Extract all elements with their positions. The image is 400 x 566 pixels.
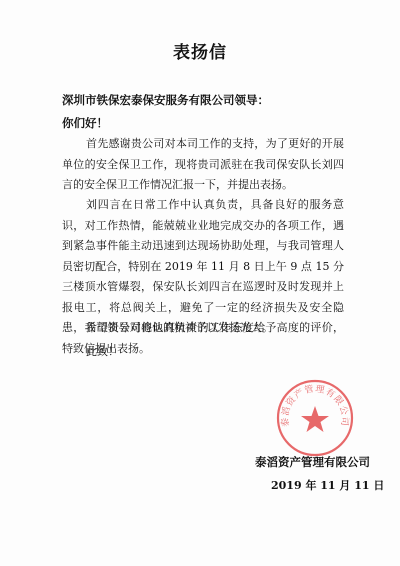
letter-greeting: 你们好！ (62, 115, 108, 131)
letter-page: 表扬信 深圳市铁保宏泰保安服务有限公司领导： 你们好！ 首先感谢贵公司对本司工作… (0, 0, 400, 566)
letter-closing: 此致！ (86, 343, 119, 359)
signature-company: 泰滔资产管理有限公司 (255, 454, 370, 470)
company-seal-icon: 泰滔资产管理有限公司 (275, 378, 355, 458)
letter-paragraph: 首先感谢贵公司对本司工作的支持，为了更好的开展单位的安全保卫工作，现将贵司派驻在… (62, 134, 344, 196)
star-icon (301, 406, 329, 432)
letter-salutation: 深圳市铁保宏泰保安服务有限公司领导： (62, 92, 269, 108)
letter-paragraph: 希望贵公司将他的精神予以发扬光大。 (62, 318, 344, 339)
signature-date: 2019 年 11 月 11 日 (271, 477, 384, 493)
letter-title: 表扬信 (0, 38, 400, 63)
